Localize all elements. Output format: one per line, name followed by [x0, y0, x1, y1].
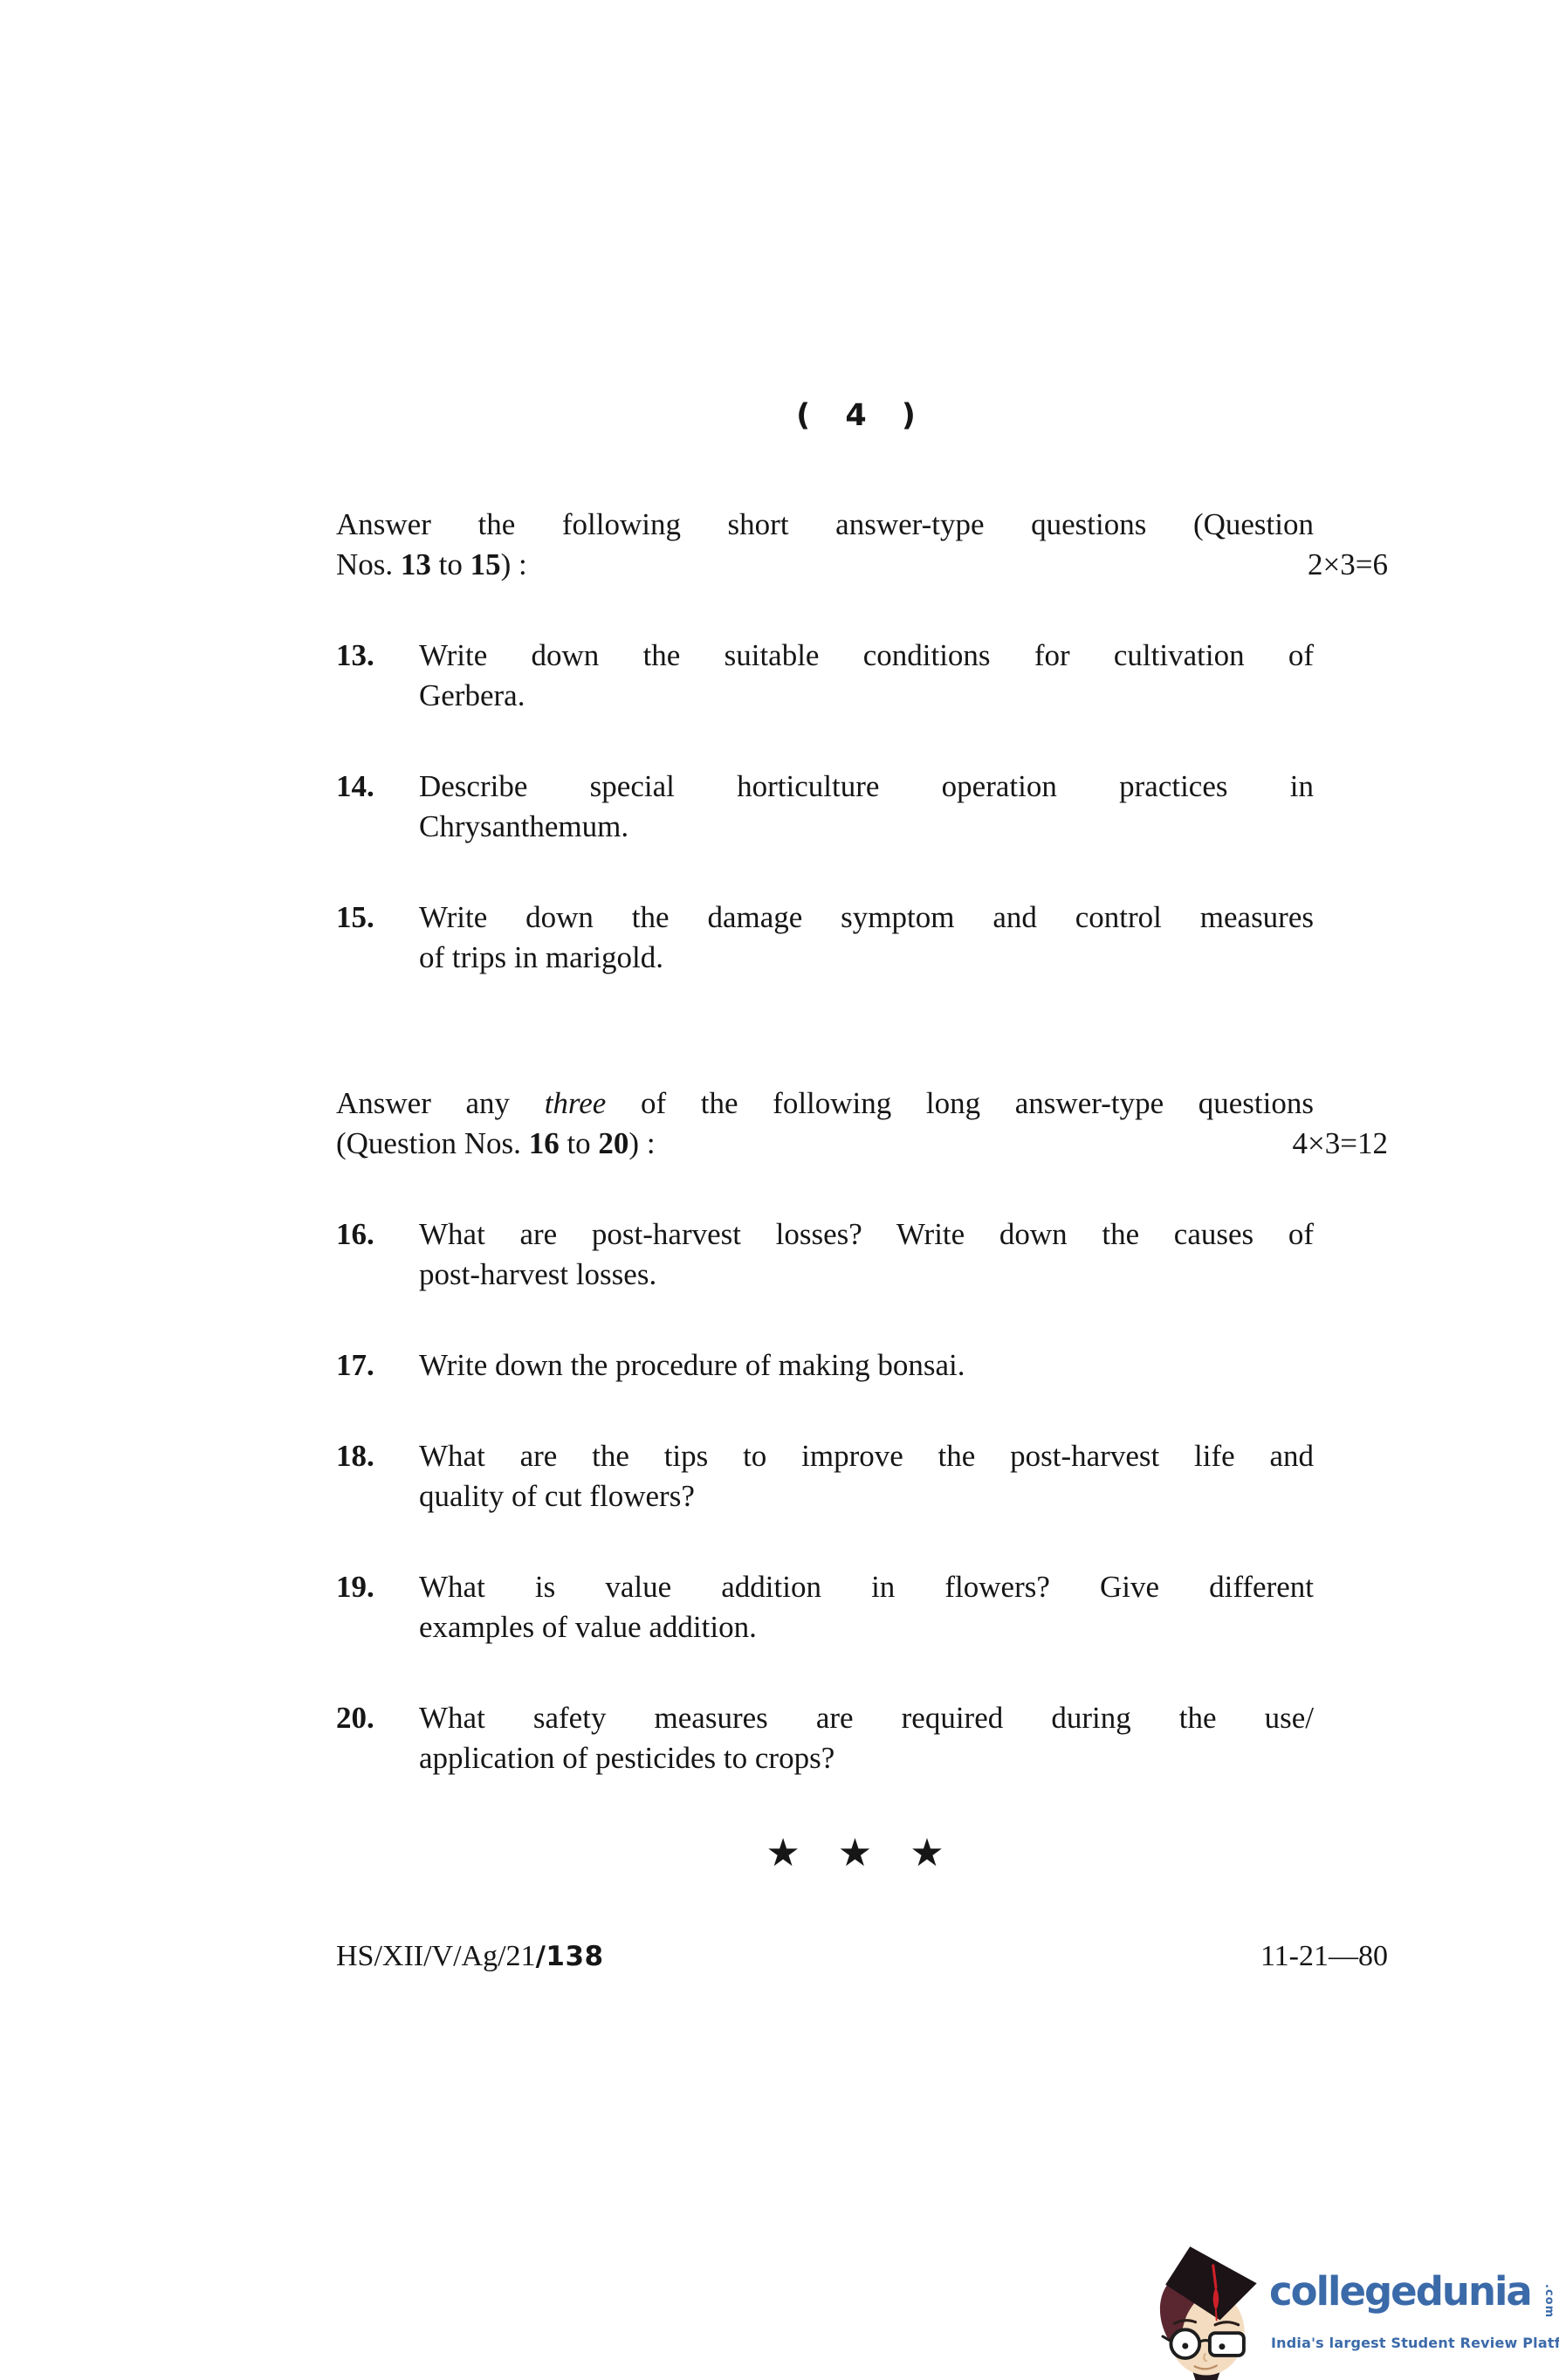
marks-scheme: 2×3=6	[1308, 545, 1388, 585]
collegedunia-logo: collegedunia .com India's largest Studen…	[1140, 2207, 1557, 2380]
question-item: 14.Describe special horticulture operati…	[336, 767, 1314, 847]
logo-wordmark: collegedunia	[1269, 2272, 1531, 2311]
end-of-paper-stars: ★ ★ ★	[336, 1834, 1388, 1873]
question-line: quality of cut flowers?	[419, 1476, 1314, 1517]
long-answer-section: Answer any three of the following long a…	[336, 1083, 1388, 1778]
page-content: ( 4 ) Answer the following short answer-…	[336, 0, 1388, 1976]
question-line: Write down the procedure of making bonsa…	[419, 1345, 1314, 1386]
question-number: 16.	[336, 1214, 419, 1295]
question-item: 19.What is value addition in flowers? Gi…	[336, 1567, 1314, 1647]
question-line: application of pesticides to crops?	[419, 1738, 1314, 1778]
question-number: 20.	[336, 1698, 419, 1778]
short-answer-section: Answer the following short answer-type q…	[336, 505, 1388, 978]
question-line: post-harvest losses.	[419, 1255, 1314, 1295]
logo-brand-text: collegedunia	[1269, 2268, 1531, 2315]
question-number: 13.	[336, 636, 419, 716]
paper-code-regular: HS/XII/V/Ag/21	[336, 1940, 536, 1972]
question-line: Describe special horticulture operation …	[419, 767, 1314, 807]
question-item: 18.What are the tips to improve the post…	[336, 1436, 1314, 1517]
page-number: ( 4 )	[336, 395, 1388, 437]
question-line: What safety measures are required during…	[419, 1698, 1314, 1738]
question-text: Write down the procedure of making bonsa…	[419, 1345, 1314, 1386]
question-text: What are post-harvest losses? Write down…	[419, 1214, 1314, 1295]
question-list: 13.Write down the suitable conditions fo…	[336, 636, 1314, 978]
short-answer-instruction: Answer the following short answer-type q…	[336, 505, 1388, 585]
question-line: Write down the suitable conditions for c…	[419, 636, 1314, 676]
question-number: 18.	[336, 1436, 419, 1517]
question-item: 16.What are post-harvest losses? Write d…	[336, 1214, 1314, 1295]
question-text: What are the tips to improve the post-ha…	[419, 1436, 1314, 1517]
question-item: 13.Write down the suitable conditions fo…	[336, 636, 1314, 716]
question-item: 15.Write down the damage symptom and con…	[336, 898, 1314, 978]
logo-tagline: India's largest Student Review Platform	[1271, 2335, 1559, 2351]
question-text: What safety measures are required during…	[419, 1698, 1314, 1778]
question-text: Describe special horticulture operation …	[419, 767, 1314, 847]
instruction-line-1: Answer any three of the following long a…	[336, 1083, 1314, 1124]
question-text: Write down the suitable conditions for c…	[419, 636, 1314, 716]
question-number: 19.	[336, 1567, 419, 1647]
collegedunia-mascot-icon	[1140, 2244, 1273, 2380]
question-line: What are post-harvest losses? Write down…	[419, 1214, 1314, 1255]
question-text: What is value addition in flowers? Give …	[419, 1567, 1314, 1647]
logo-tld-text: .com	[1542, 2284, 1556, 2318]
question-number: 14.	[336, 767, 419, 847]
question-line: What is value addition in flowers? Give …	[419, 1567, 1314, 1607]
question-number: 15.	[336, 898, 419, 978]
question-line: What are the tips to improve the post-ha…	[419, 1436, 1314, 1476]
question-item: 20.What safety measures are required dur…	[336, 1698, 1314, 1778]
paper-code: HS/XII/V/Ag/21/138	[336, 1937, 604, 1976]
question-line: of trips in marigold.	[419, 938, 1314, 978]
question-line: Write down the damage symptom and contro…	[419, 898, 1314, 938]
question-line: examples of value addition.	[419, 1607, 1314, 1647]
question-item: 17.Write down the procedure of making bo…	[336, 1345, 1314, 1386]
instruction-line-2: (Question Nos. 16 to 20) : 4×3=12	[336, 1124, 1388, 1164]
instruction-range: (Question Nos. 16 to 20) :	[336, 1124, 656, 1164]
question-line: Gerbera.	[419, 676, 1314, 716]
question-text: Write down the damage symptom and contro…	[419, 898, 1314, 978]
marks-scheme: 4×3=12	[1293, 1124, 1388, 1164]
question-list: 16.What are post-harvest losses? Write d…	[336, 1214, 1314, 1778]
question-number: 17.	[336, 1345, 419, 1386]
instruction-range: Nos. 13 to 15) :	[336, 545, 527, 585]
instruction-line-2: Nos. 13 to 15) : 2×3=6	[336, 545, 1388, 585]
page-footer: HS/XII/V/Ag/21/138 11-21—80	[336, 1937, 1388, 1976]
print-code: 11-21—80	[1260, 1937, 1388, 1976]
long-answer-instruction: Answer any three of the following long a…	[336, 1083, 1388, 1164]
instruction-line-1: Answer the following short answer-type q…	[336, 505, 1314, 545]
question-line: Chrysanthemum.	[419, 807, 1314, 847]
paper-code-bold: /138	[536, 1941, 604, 1972]
